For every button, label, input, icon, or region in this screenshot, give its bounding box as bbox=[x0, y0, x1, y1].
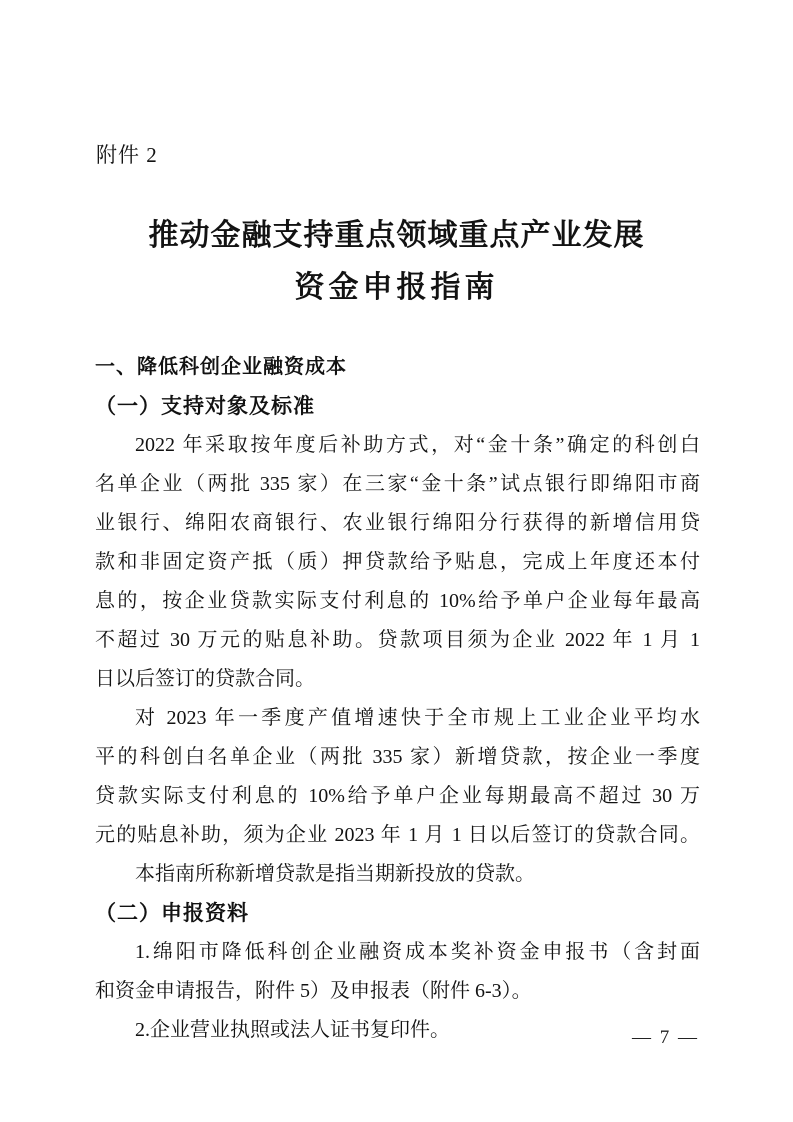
paragraph1-line: 日以后签订的贷款合同。 bbox=[95, 660, 700, 699]
document-title: 推动金融支持重点领域重点产业发展 资金申报指南 bbox=[0, 210, 793, 314]
item2-line: 2.企业营业执照或法人证书复印件。 bbox=[95, 1011, 700, 1050]
paragraph2-line: 平的科创白名单企业（两批 335 家）新增贷款，按企业一季度 bbox=[95, 738, 700, 777]
item1-line: 和资金申请报告，附件 5）及申报表（附件 6-3）。 bbox=[95, 972, 700, 1011]
document-body: 一、降低科创企业融资成本 （一）支持对象及标准 2022 年采取按年度后补助方式… bbox=[95, 348, 700, 1050]
document-page: 附件 2 推动金融支持重点领域重点产业发展 资金申报指南 一、降低科创企业融资成… bbox=[0, 0, 793, 1122]
paragraph1-line: 2022 年采取按年度后补助方式，对“金十条”确定的科创白 bbox=[95, 426, 700, 465]
paragraph2-line: 对 2023 年一季度产值增速快于全市规上工业企业平均水 bbox=[95, 699, 700, 738]
section1-sub1-heading: （一）支持对象及标准 bbox=[95, 387, 700, 426]
page-number: — 7 — bbox=[632, 1026, 699, 1050]
paragraph1-line: 不超过 30 万元的贴息补助。贷款项目须为企业 2022 年 1 月 1 bbox=[95, 621, 700, 660]
item1-line: 1.绵阳市降低科创企业融资成本奖补资金申报书（含封面 bbox=[95, 933, 700, 972]
paragraph3-line: 本指南所称新增贷款是指当期新投放的贷款。 bbox=[95, 855, 700, 894]
paragraph1-line: 名单企业（两批 335 家）在三家“金十条”试点银行即绵阳市商 bbox=[95, 465, 700, 504]
paragraph1-line: 息的，按企业贷款实际支付利息的 10%给予单户企业每年最高 bbox=[95, 582, 700, 621]
section1-heading: 一、降低科创企业融资成本 bbox=[95, 348, 700, 387]
attachment-label: 附件 2 bbox=[96, 141, 158, 169]
paragraph2-line: 元的贴息补助，须为企业 2023 年 1 月 1 日以后签订的贷款合同。 bbox=[95, 816, 700, 855]
document-title-line1: 推动金融支持重点领域重点产业发展 bbox=[0, 210, 793, 262]
paragraph1-line: 业银行、绵阳农商银行、农业银行绵阳分行获得的新增信用贷 bbox=[95, 504, 700, 543]
paragraph1-line: 款和非固定资产抵（质）押贷款给予贴息，完成上年度还本付 bbox=[95, 543, 700, 582]
paragraph2-line: 贷款实际支付利息的 10%给予单户企业每期最高不超过 30 万 bbox=[95, 777, 700, 816]
document-title-line2: 资金申报指南 bbox=[0, 262, 793, 314]
section1-sub2-heading: （二）申报资料 bbox=[95, 894, 700, 933]
